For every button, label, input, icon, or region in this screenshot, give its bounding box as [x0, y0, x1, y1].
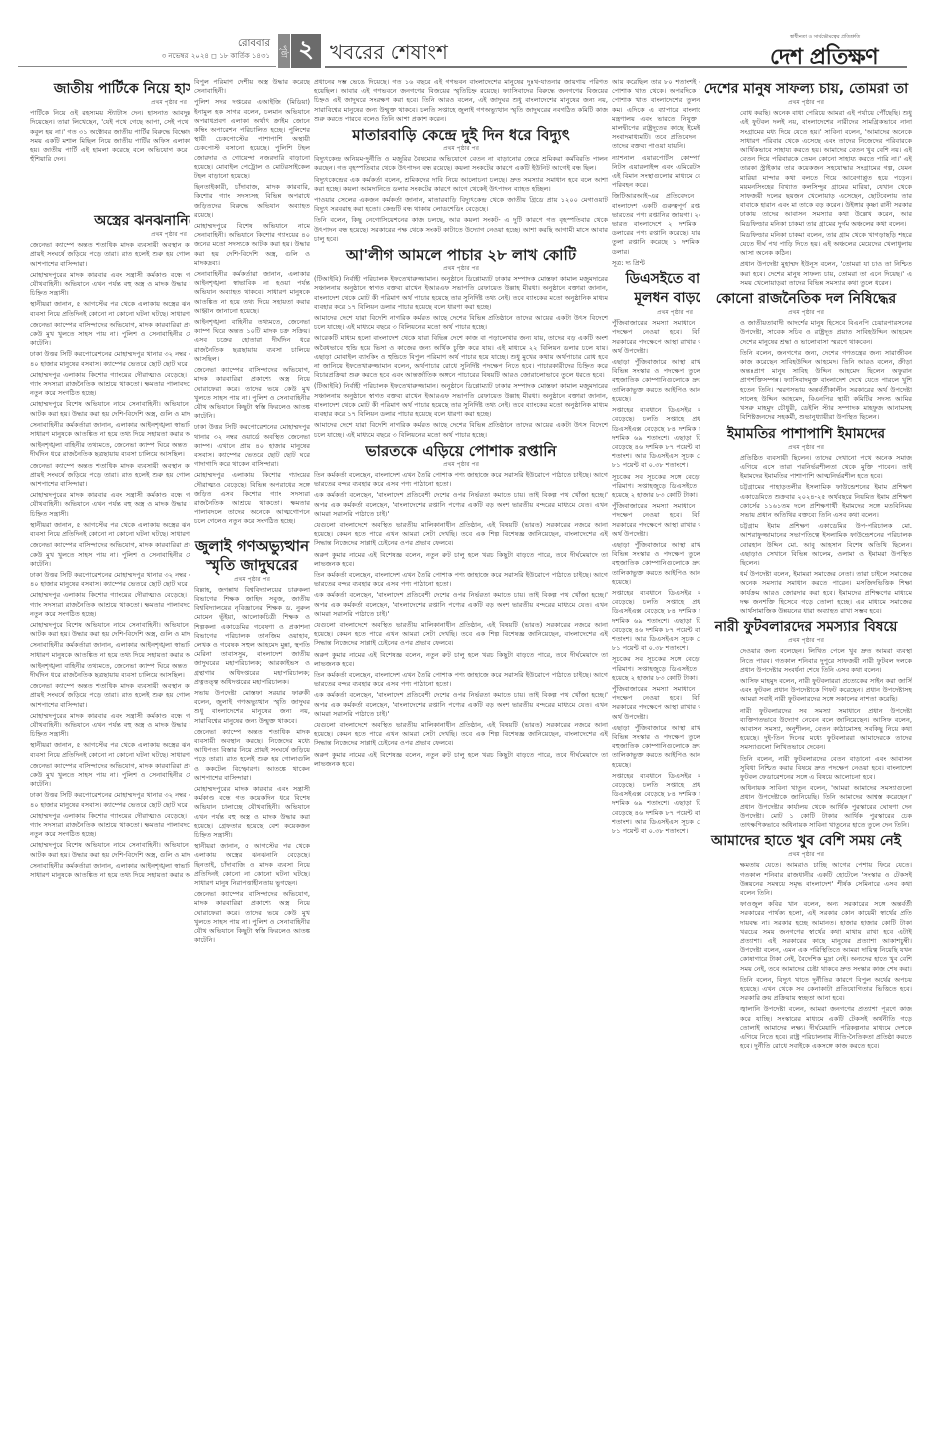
paragraph: আমাদের দেশে যারা বিদেশি নাগরিক কর্মরত আছ… [314, 314, 608, 332]
paragraph: যেগুলো বাংলাদেশে অবস্থিত ভারতীয় মালিকান… [314, 721, 608, 749]
paragraph: সভায় উপদেষ্টা মোস্তফা সরয়ার ফারুকী বলে… [194, 689, 310, 726]
continued-from-front: প্রথম পৃষ্ঠার পর [314, 264, 608, 273]
paragraph: এক কর্মকর্তা বলেছেন, 'বাংলাদেশ প্রতিবেশী… [314, 591, 608, 619]
continued-from-front: প্রথম পৃষ্ঠার পর [314, 144, 608, 153]
continued-from-front: প্রথম পৃষ্ঠার পর [700, 443, 912, 452]
paragraph: ধর্ম উপদেষ্টা বলেন, ইমামরা সমাজের নেতা। … [740, 570, 912, 616]
paragraph: বিদ্যুৎকেন্দ্র অনিয়ম-দুর্নীতি ও মজুরির … [314, 155, 608, 173]
paragraph: মোহাম্মদপুর এলাকায় কিশোর গ্যাংয়ের দৌরা… [194, 471, 310, 526]
headline: মাতারবাড়ি কেন্দ্রে দুই দিন ধরে বিদ্যুৎ [314, 126, 608, 144]
paragraph: চট্টগ্রাম ইমাম প্রশিক্ষণ একাডেমির উপ-পরি… [740, 522, 912, 568]
article-imamoti: ইমামতির পাশাপাশি ইমামদের প্রথম পৃষ্ঠার প… [740, 425, 912, 617]
paragraph: মোহাম্মদপুরে বিশেষ অভিযানে নামে সেনাবাহি… [194, 222, 310, 268]
headline: আমাদের হাতে খুব বেশি সময় নেই [700, 832, 912, 850]
paragraph: তিন কর্মকর্তা বলেছেন, বাংলাদেশ এখন তৈরি … [314, 471, 608, 489]
paragraph: (টিআইবি) নির্বাহী পরিচালক ইফতেখারুজ্জামা… [314, 382, 608, 419]
column-middle: প্রধানের দম্ভ ভেঙে দিয়েছে। গত ১৬ বছরে এ… [314, 78, 608, 1408]
article-sidebar-col1b: বিপুল পরিমাণ দেশীয় অস্ত্র উদ্ধার করেছে … [190, 78, 310, 1408]
paragraph: মিডফিল্ডার মনিকা চাকমা বলেন, তার গ্রাম থ… [740, 231, 912, 259]
headline: দেশের মানুষ সাফল্য চায়, তোমরা তা [700, 80, 912, 98]
paragraph: ঢাকা উত্তর সিটি করপোরেশনের মোহাম্মদপুর থ… [194, 423, 310, 469]
continued-from-front: প্রথম পৃষ্ঠার পর [700, 636, 912, 645]
headline: ইমামতির পাশাপাশি ইমামদের [700, 425, 912, 443]
headline-line2: স্মৃতি জাদুঘরের [194, 556, 310, 575]
headline: আ'লীগ আমলে পাচার ২৮ লাখ কোটি [314, 246, 608, 264]
paragraph: তিন কর্মকর্তা বলেছেন, বাংলাদেশ এখন তৈরি … [314, 571, 608, 589]
article-garment-export: ভারতকে এড়িয়ে পোশাক রপ্তানি প্রথম পৃষ্ঠ… [314, 442, 608, 769]
paragraph: আমাদের দেশে যারা বিদেশি নাগরিক কর্মরত আছ… [314, 421, 608, 439]
paragraph: ক্ষমতায় যেতে। আমরাও চাচ্ছি আগের পেশায় … [740, 861, 912, 898]
paragraph: আইনশৃঙ্খলা বাহিনীর তথ্যমতে, জেনেভা ক্যাম… [194, 318, 310, 364]
paragraph: চট্টগ্রামের পাহাড়তলীর ইসলামিক ফাউন্ডেশন… [740, 483, 912, 520]
headline: ভারতকে এড়িয়ে পোশাক রপ্তানি [314, 442, 608, 460]
paragraph: পুলিশ সদর দপ্তরের এআইজি (মিডিয়া) ইনামুল… [194, 98, 310, 181]
paragraph: বিল্লাহ, জগন্নাথ বিশ্ববিদ্যালয়ের চারুকল… [194, 586, 310, 687]
paragraph: এক কর্মকর্তা বলেছেন, 'বাংলাদেশ প্রতিবেশী… [314, 491, 608, 519]
continued-from-front: প্রথম পৃষ্ঠার পর [700, 98, 912, 107]
paragraph: ও জাতীয়তাবাদী আদর্শের মানুষ হিসেবে বিএন… [740, 319, 912, 347]
issue-date: ৩ নভেম্বর ২০২৪ ◻ ১৮ কার্তিক ১৪৩১ [20, 50, 270, 62]
article-amader-hate: আমাদের হাতে খুব বেশি সময় নেই প্রথম পৃষ্… [740, 832, 912, 1051]
paragraph: অরুণ কুমার নামের এই বিশেষজ্ঞ বলেন, নতুন … [314, 651, 608, 669]
article-matarbari: মাতারবাড়ি কেন্দ্রে দুই দিন ধরে বিদ্যুৎ … [314, 126, 608, 244]
paragraph: আরেকটি মাধ্যম হলো বাংলাদেশ থেকে যারা বিভ… [314, 334, 608, 380]
paragraph: তিনি বলেন, কিছু নেগোসিয়েশনের কাজ চলছে, … [314, 216, 608, 244]
paragraph: বিদ্যুৎকেন্দ্রের এক কর্মকর্তা বলেন, শ্রম… [314, 176, 608, 194]
paragraph: প্রধানের দম্ভ ভেঙে দিয়েছে। গত ১৬ বছরে এ… [314, 78, 608, 124]
paragraph: প্রধান উপদেষ্টা মুহাম্মদ ইউনূস বলেন, 'তো… [740, 260, 912, 288]
paragraph: ফাওজুল কবির খান বলেন, অন্য সরকারের সঙ্গে… [740, 900, 912, 974]
paragraph: প্রতিষ্ঠিত ব্যবসায়ী ছিলেন। তাদের দেখানো… [740, 454, 912, 482]
paragraph: দেওয়ার জন্য বলেছেন। লিখিত পেলে খুব দ্রু… [740, 647, 912, 675]
column-right-wide: দেশের মানুষ সাফল্য চায়, তোমরা তা প্রথম … [700, 78, 912, 1408]
paragraph: অরুণ কুমার নামের এই বিশেষজ্ঞ বলেন, নতুন … [314, 751, 608, 769]
paragraph: ছিনতাইকারী, চাঁদাবাজ, মাদক কারবারি, কিশো… [194, 183, 310, 220]
left-rule [18, 66, 276, 67]
headline: কোনো রাজনৈতিক দল নিষিদ্ধের [700, 290, 912, 308]
paragraph: আসিফ মাহমুদ বলেন, নারী ফুটবলাররা প্রত্যে… [740, 677, 912, 705]
paragraph: তিনি বলেন, বিদ্যুৎ খাতে দুর্নীতির কারণে … [740, 976, 912, 1004]
paragraph: জেনেভা ক্যাম্পে অন্তত শতাধিক মাদক ব্যবসা… [194, 728, 310, 783]
page-label: পৃষ্ঠা [278, 34, 290, 68]
article-july-museum-cont: প্রধানের দম্ভ ভেঙে দিয়েছে। গত ১৬ বছরে এ… [314, 78, 608, 124]
headline-line1: জুলাই গণঅভ্যুত্থান [194, 537, 310, 556]
paragraph: মোহাম্মদপুরের মাদক কারবার এবং সন্ত্রাসী … [194, 785, 310, 840]
continued-from-front: প্রথম পৃষ্ঠার পর [194, 575, 310, 584]
paragraph: তিনি বলেন, নারী ফুটবলারদের বেতন বাড়ানো … [740, 755, 912, 783]
paragraph: এক কর্মকর্তা বলেছেন, 'বাংলাদেশ প্রতিবেশী… [314, 691, 608, 719]
article-desher-manush: দেশের মানুষ সাফল্য চায়, তোমরা তা প্রথম … [740, 80, 912, 288]
article-rajnoitik-dol: কোনো রাজনৈতিক দল নিষিদ্ধের প্রথম পৃষ্ঠার… [740, 290, 912, 422]
masthead: রোববার ৩ নভেম্বর ২০২৪ ◻ ১৮ কার্তিক ১৪৩১ … [0, 0, 945, 72]
paragraph: বিপুল পরিমাণ দেশীয় অস্ত্র উদ্ধার করেছে … [194, 78, 310, 96]
paragraph: যেগুলো বাংলাদেশে অবস্থিত ভারতীয় মালিকান… [314, 521, 608, 549]
continued-from-front: প্রথম পৃষ্ঠার পর [700, 308, 912, 317]
paragraph: নারী ফুটবলারদের সব সমস্যা সমাধানে প্রধান… [740, 707, 912, 753]
paragraph: পাওয়ার সেলের একজন কর্মকর্তা জানান, মাতা… [314, 196, 608, 214]
continued-from-front: প্রথম পৃষ্ঠার পর [700, 850, 912, 859]
article-pachar-28-lakh: আ'লীগ আমলে পাচার ২৮ লাখ কোটি প্রথম পৃষ্ঠ… [314, 246, 608, 440]
paragraph: স্থানীয়রা জানান, ৫ আগস্টের পর থেকে এলাক… [194, 842, 310, 888]
paragraph: জেনেভা ক্যাম্পের বাসিন্দাদের অভিযোগ, মাদ… [194, 366, 310, 421]
page-number: ২ [291, 34, 321, 68]
paragraph: সেনাবাহিনীর কর্মকর্তারা জানান, এলাকার আই… [194, 270, 310, 316]
newspaper-logo: দেশ প্রতিক্ষণ [770, 40, 878, 77]
paragraph: বোধ করছি। অনেক বাধা পেরিয়ে আমরা এই পর্য… [740, 109, 912, 229]
paragraph: জেনেভা ক্যাম্পের বাসিন্দাদের অভিযোগ, মাদ… [194, 890, 310, 945]
continued-from-front: প্রথম পৃষ্ঠার পর [314, 460, 608, 469]
paragraph: অধিনায়ক সাবিনা খাতুন বলেন, 'আমরা আমাদের… [740, 784, 912, 830]
paragraph: (টিআইবি) নির্বাহী পরিচালক ইফতেখারুজ্জামা… [314, 275, 608, 312]
paragraph: জ্বালানি উপদেষ্টা বলেন, আমরা জনগণের প্রত… [740, 1005, 912, 1051]
paragraph: তিনি বলেন, জনগণের জন্য, দেশের গণতন্ত্রের… [740, 349, 912, 423]
paragraph: যেগুলো বাংলাদেশে অবস্থিত ভারতীয় মালিকান… [314, 621, 608, 649]
paragraph: তিন কর্মকর্তা বলেছেন, বাংলাদেশ এখন তৈরি … [314, 671, 608, 689]
article-nari-footballer: নারী ফুটবলারদের সমস্যার বিষয়ে প্রথম পৃষ… [740, 618, 912, 830]
paragraph: অরুণ কুমার নামের এই বিশেষজ্ঞ বলেন, নতুন … [314, 551, 608, 569]
headline: নারী ফুটবলারদের সমস্যার বিষয়ে [700, 618, 912, 636]
